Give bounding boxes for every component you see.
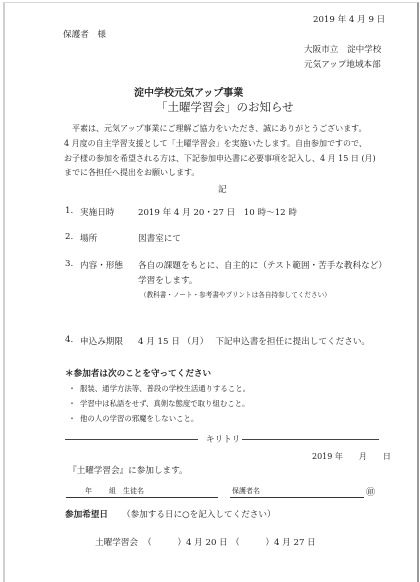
document-page: 2019 年 4 月 9 日 保護者 様 大阪市立 淀中学校 元気アップ地域本部… xyxy=(3,2,419,582)
rule-bullet-2: 学習中は私語をせず、真剣な態度で取り組むこと。 xyxy=(80,398,249,409)
issue-date: 2019 年 4 月 9 日 xyxy=(313,13,385,25)
body-line-4: までに各担任へ提出をお願いします。 xyxy=(64,167,199,178)
cut-line-right xyxy=(242,439,379,440)
cut-line-left xyxy=(65,439,198,440)
item-1-value: 2019 年 4 月 20・27 日 10 時〜12 時 xyxy=(138,206,297,218)
student-name-label: 生徒名 xyxy=(123,486,144,496)
body-line-2: 4 月度の自主学習支援として「土曜学習会」を実施いたします。自由参加ですので、 xyxy=(64,138,367,149)
sender-school: 大阪市立 淀中学校 xyxy=(304,43,381,55)
wish-note: （参加する日に○を記入してください） xyxy=(122,508,276,520)
recipient: 保護者 様 xyxy=(63,28,106,40)
option-apr-27[interactable]: （ ）4 月 27 日 xyxy=(231,536,316,548)
item-3-note: （教科書・ノート・参考書やプリントは各自持参してください） xyxy=(140,289,331,299)
rule-bullet-1: 服装、通学方法等、普段の学校生活通りすること。 xyxy=(80,383,250,394)
event-name: 土曜学習会 xyxy=(95,536,138,548)
item-1-label: 実施日時 xyxy=(80,206,114,218)
option-apr-20[interactable]: （ ）4 月 20 日 xyxy=(143,536,228,548)
wish-label: 参加希望日 xyxy=(65,508,108,520)
form-date[interactable]: 2019 年 月 日 xyxy=(312,451,391,462)
item-4-value: 4 月 15 日 （月） 下記申込書を担任に提出してください。 xyxy=(138,335,370,347)
body-line-3: お子様の参加を希望される方は、下記参加申込書に必要事項を記入し、4 月 15 日… xyxy=(64,153,376,164)
cut-line-label: キリトリ xyxy=(206,433,240,445)
item-4-num: 4. xyxy=(65,335,73,345)
item-3-value2: 学習をします。 xyxy=(138,274,197,286)
guardian-name-label: 保護者名 xyxy=(232,486,260,496)
item-2-label: 場所 xyxy=(80,232,97,244)
year-label: 年 xyxy=(85,486,92,496)
bullet-mark-1: ・ xyxy=(68,383,76,394)
bullet-mark-3: ・ xyxy=(68,413,76,424)
item-3-value: 各自の課題をもとに、自主的に（テスト範囲・苦手な教科など） xyxy=(138,259,387,271)
student-underline[interactable] xyxy=(66,497,218,498)
item-3-num: 3. xyxy=(65,259,73,269)
body-line-1: 平素は、元気アップ事業にご理解ご協力をいただき、誠にありがとうございます。 xyxy=(64,123,366,134)
ki-mark: 記 xyxy=(218,183,227,195)
item-2-num: 2. xyxy=(65,232,73,242)
item-4-label: 申込み期限 xyxy=(80,335,123,347)
title-line1: 淀中学校元気アップ事業 xyxy=(134,84,243,99)
sender-department: 元気アップ地域本部 xyxy=(304,58,381,70)
item-3-label: 内容・形態 xyxy=(80,259,123,271)
class-label: 組 xyxy=(109,486,116,496)
item-1-num: 1. xyxy=(65,206,73,216)
rules-heading: ＊参加者は次のことを守ってください xyxy=(65,367,211,379)
guardian-underline[interactable] xyxy=(230,497,364,498)
rule-bullet-3: 他の人の学習の邪魔をしないこと。 xyxy=(80,413,198,424)
item-2-value: 図書室にて xyxy=(138,232,181,244)
form-statement: 『土曜学習会』に参加します。 xyxy=(68,464,188,476)
title-line2: 「土曜学習会」のお知らせ xyxy=(156,99,294,115)
bullet-mark-2: ・ xyxy=(68,398,76,409)
seal-icon: ㊞ xyxy=(366,485,375,498)
